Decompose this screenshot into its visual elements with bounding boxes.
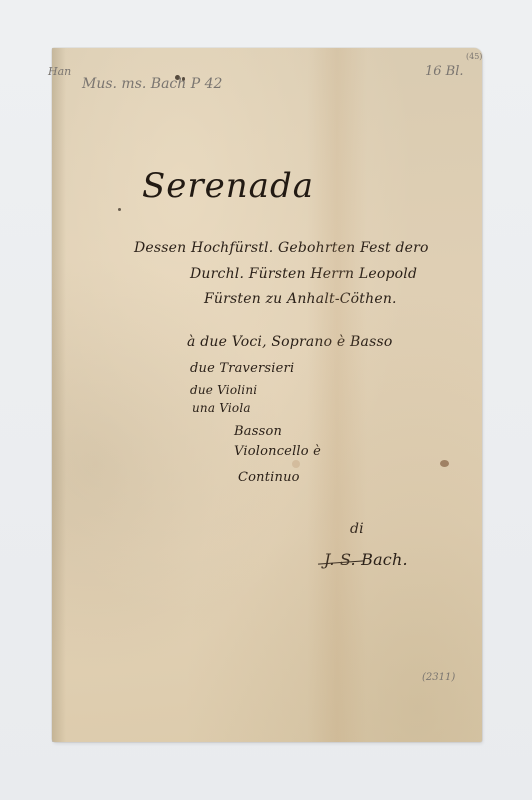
archive-number: (2311) (422, 672, 455, 683)
instrument-violini: due Violini (190, 383, 257, 397)
instrument-violoncello: Violoncello è (234, 444, 321, 459)
pencil-fragment: Han (48, 65, 71, 78)
dedication-line-2: Durchl. Fürsten Herrn Leopold (190, 266, 417, 282)
faint-stain (292, 460, 300, 468)
dedication-line-3: Fürsten zu Anhalt-Cöthen. (204, 291, 397, 307)
manuscript-page: Han Mus. ms. Bach P 42 16 Bl. (45) (2311… (52, 48, 482, 742)
title: Serenada (142, 166, 314, 206)
shelfmark: Mus. ms. Bach P 42 (82, 76, 222, 92)
instrument-continuo: Continuo (238, 470, 300, 485)
instrument-traversieri: due Traversieri (190, 361, 294, 376)
composer-signature: J. S. Bach. (324, 550, 408, 569)
voices-line: à due Voci, Soprano è Basso (187, 334, 392, 350)
ink-dot (118, 208, 121, 211)
attribution-di: di (350, 521, 364, 537)
dedication-line-1: Dessen Hochfürstl. Gebohrten Fest dero (134, 240, 429, 256)
folio-count: 16 Bl. (425, 64, 464, 79)
brown-stain (440, 460, 449, 467)
instrument-viola: una Viola (192, 401, 251, 415)
signature-flourish (318, 560, 364, 564)
corner-stamp: (45) (466, 52, 482, 61)
instrument-basson: Basson (234, 424, 282, 439)
